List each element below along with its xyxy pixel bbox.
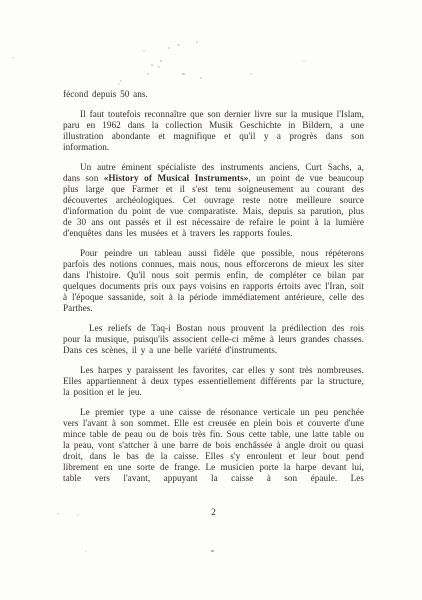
scanned-document-page: fécond depuis 50 ans. Il faut toutefois …: [0, 0, 422, 600]
scan-speck: [211, 550, 214, 552]
body-text: fécond depuis 50 ans. Il faut toutefois …: [63, 89, 364, 493]
scan-speck: [147, 73, 149, 75]
paragraph-text: Pour peindre un tableau aussi fidèle que…: [63, 248, 364, 313]
paragraph-text: fécond depuis 50 ans.: [63, 89, 148, 99]
paragraph-text: Les harpes y paraissent les favorites, c…: [63, 365, 364, 397]
paragraph-text: Le premier type a une caisse de résonanc…: [63, 407, 364, 483]
paragraph-tableau: Pour peindre un tableau aussi fidèle que…: [63, 248, 364, 314]
scan-speck: [177, 44, 180, 46]
paragraph-text: Les reliefs de Taq-i Bostan nous prouven…: [63, 323, 364, 355]
paragraph-farmer-book: Il faut toutefois reconnaître que son de…: [63, 109, 364, 153]
scan-speck: [250, 73, 252, 75]
scan-speck: [158, 66, 160, 68]
paragraph-continuation: fécond depuis 50 ans.: [63, 89, 364, 100]
scan-speck: [196, 41, 198, 43]
paragraph-text: Il faut toutefois reconnaître que son de…: [63, 109, 364, 152]
paragraph-harpes: Les harpes y paraissent les favorites, c…: [63, 365, 364, 398]
scan-speck: [120, 80, 122, 82]
scan-speck: [151, 64, 153, 66]
scan-speck: [160, 60, 162, 62]
scan-speck: [200, 77, 202, 79]
paragraph-premier-type: Le premier type a une caisse de résonanc…: [63, 407, 364, 484]
book-title-bold: «History of Musical Instruments»: [104, 173, 249, 183]
scan-speck: [182, 73, 185, 75]
scan-speck: [168, 47, 170, 49]
scan-speck: [118, 83, 120, 85]
page-number: 2: [63, 508, 364, 518]
scan-speck: [57, 513, 59, 515]
scan-speck: [12, 57, 14, 59]
paragraph-curt-sachs: Un autre éminent spécialiste des instrum…: [63, 162, 364, 239]
scan-speck: [85, 550, 87, 552]
scan-speck: [303, 60, 305, 62]
paragraph-taq-i-bostan: Les reliefs de Taq-i Bostan nous prouven…: [63, 323, 364, 356]
scan-speck: [143, 50, 145, 52]
